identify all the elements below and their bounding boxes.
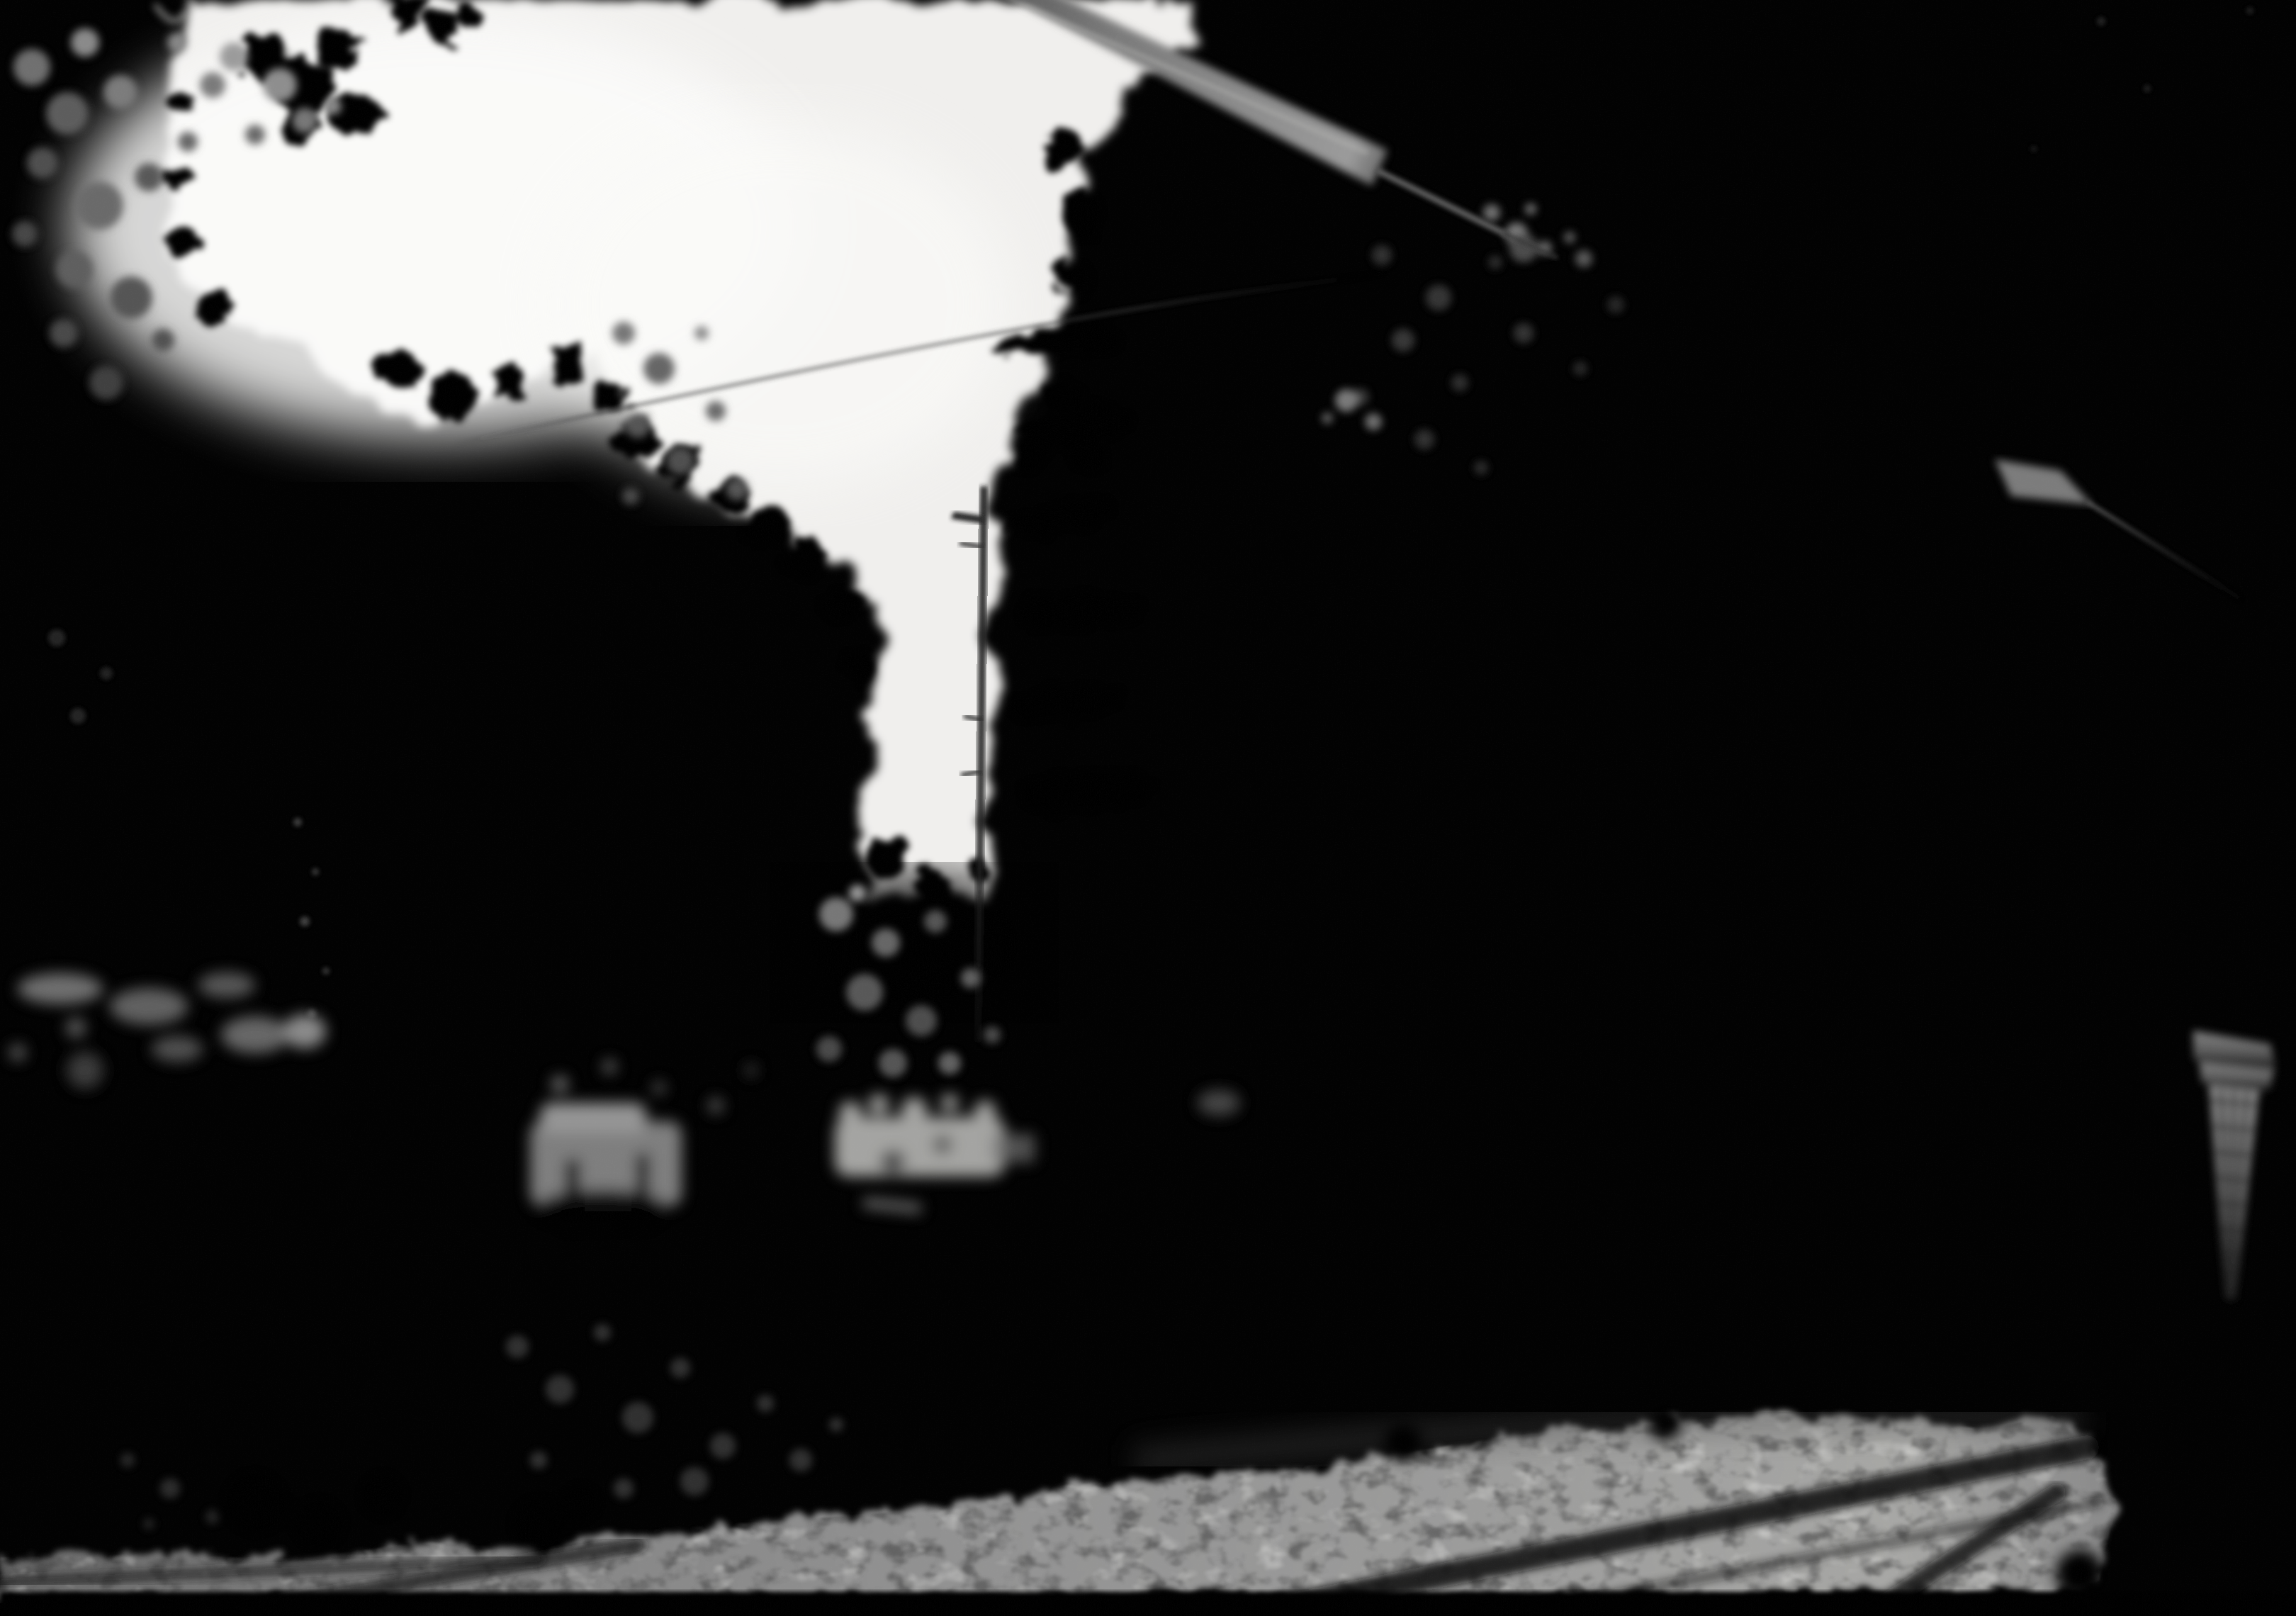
film-grain-overlay	[0, 0, 2296, 1616]
photo-frame	[0, 0, 2296, 1616]
photo-canvas	[0, 0, 2296, 1616]
